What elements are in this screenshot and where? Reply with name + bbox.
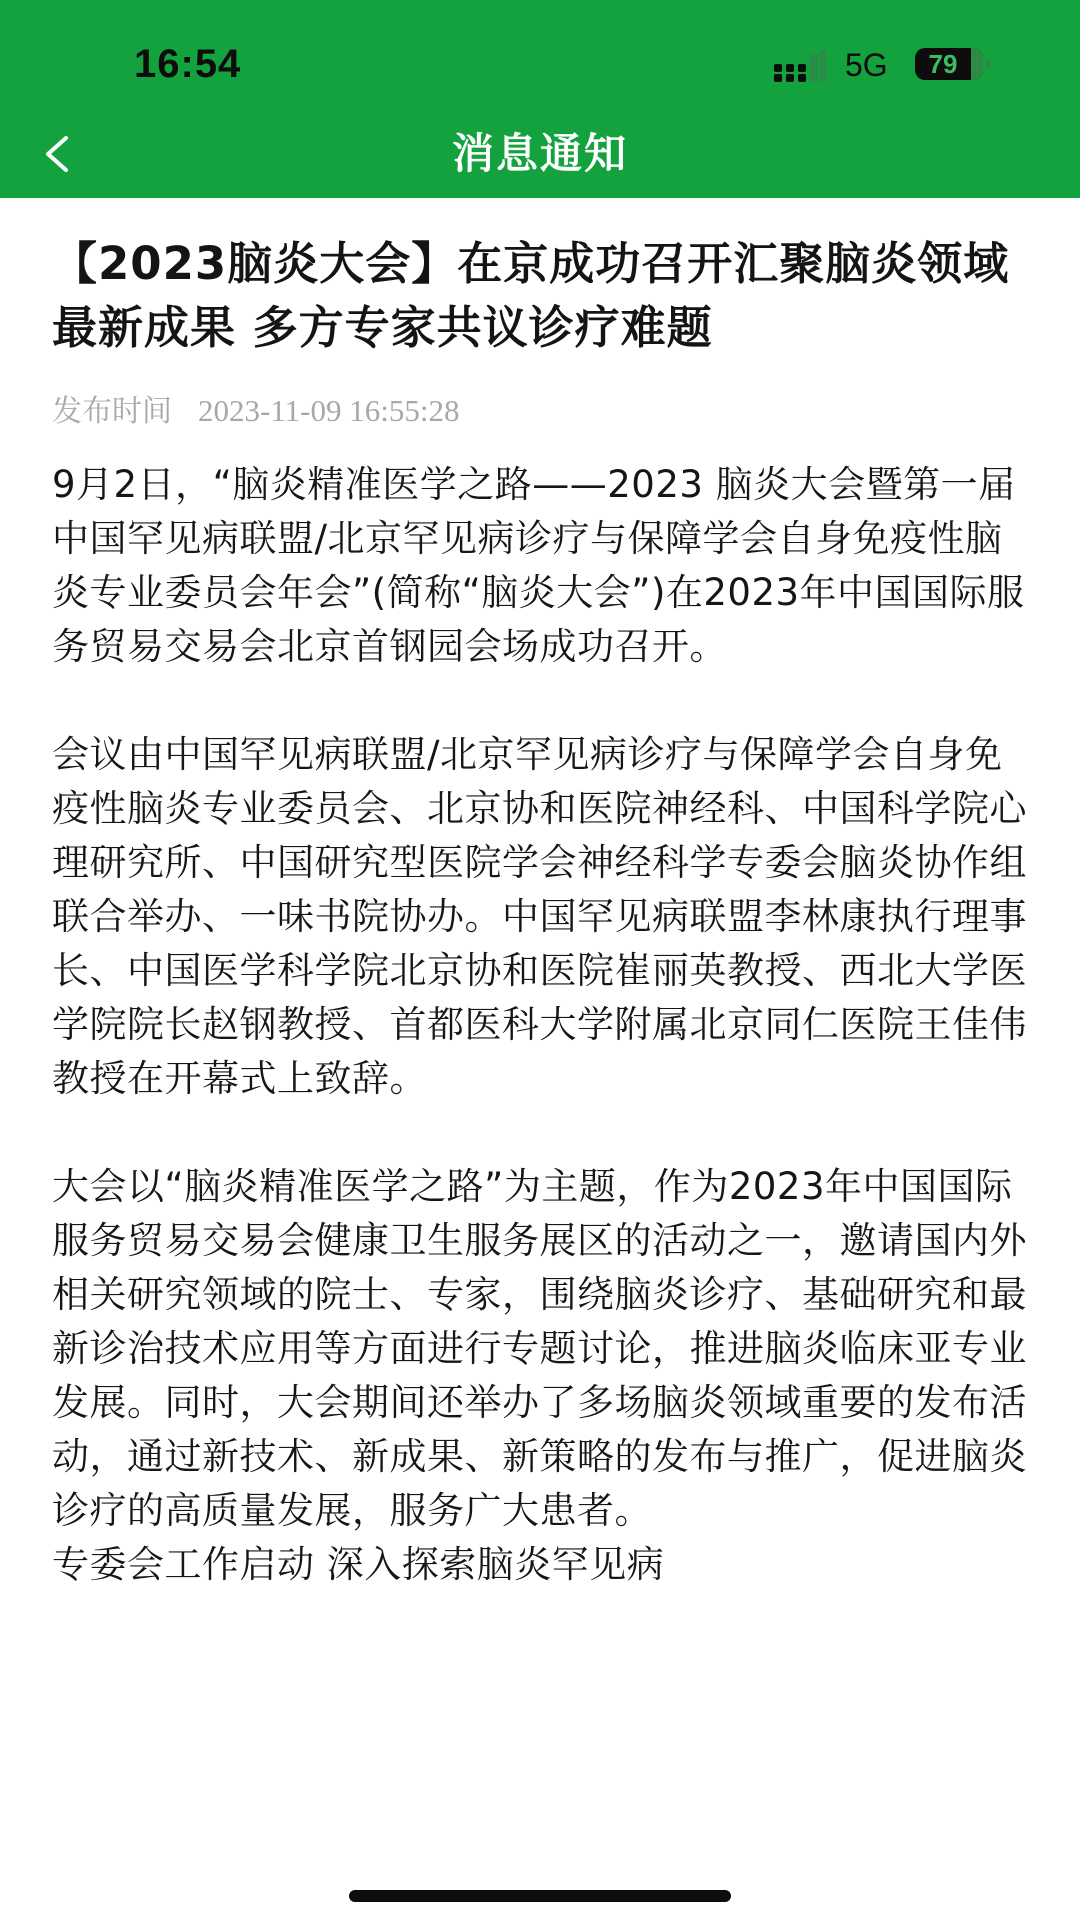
publish-label: 发布时间: [52, 394, 172, 429]
chevron-left-icon: [30, 124, 90, 184]
article-paragraph: 9月2日，“脑炎精准医学之路——2023 脑炎大会暨第一届中国罕见病联盟/北京罕…: [52, 458, 1027, 674]
publish-meta: 发布时间2023-11-09 16:55:28: [52, 386, 1027, 436]
battery-tip: [986, 59, 990, 69]
article-paragraph: 大会以“脑炎精准医学之路”为主题，作为2023年中国国际服务贸易交易会健康卫生服…: [52, 1160, 1027, 1538]
article-paragraph: 会议由中国罕见病联盟/北京罕见病诊疗与保障学会自身免疫性脑炎专业委员会、北京协和…: [52, 728, 1027, 1106]
article-subheading: 专委会工作启动 深入探索脑炎罕见病: [52, 1538, 1027, 1592]
publish-time: 2023-11-09 16:55:28: [198, 393, 459, 428]
battery-level: 79: [915, 48, 971, 80]
article-body: 9月2日，“脑炎精准医学之路——2023 脑炎大会暨第一届中国罕见病联盟/北京罕…: [52, 458, 1027, 1592]
battery-icon: 79: [915, 48, 983, 80]
nav-bar: 消息通知: [0, 110, 1080, 198]
status-time: 16:54: [134, 42, 241, 87]
signal-icon: [774, 50, 826, 82]
article: 【2023脑炎大会】在京成功召开汇聚脑炎领域最新成果 多方专家共议诊疗难题 发布…: [52, 232, 1027, 1592]
header: 16:54 5G 79 消息通知: [0, 0, 1080, 198]
status-bar: 16:54 5G 79: [0, 0, 1080, 120]
home-indicator[interactable]: [349, 1890, 731, 1902]
article-title: 【2023脑炎大会】在京成功召开汇聚脑炎领域最新成果 多方专家共议诊疗难题: [52, 232, 1027, 360]
back-button[interactable]: [30, 124, 90, 184]
network-type: 5G: [845, 47, 888, 84]
page-title: 消息通知: [0, 110, 1080, 198]
